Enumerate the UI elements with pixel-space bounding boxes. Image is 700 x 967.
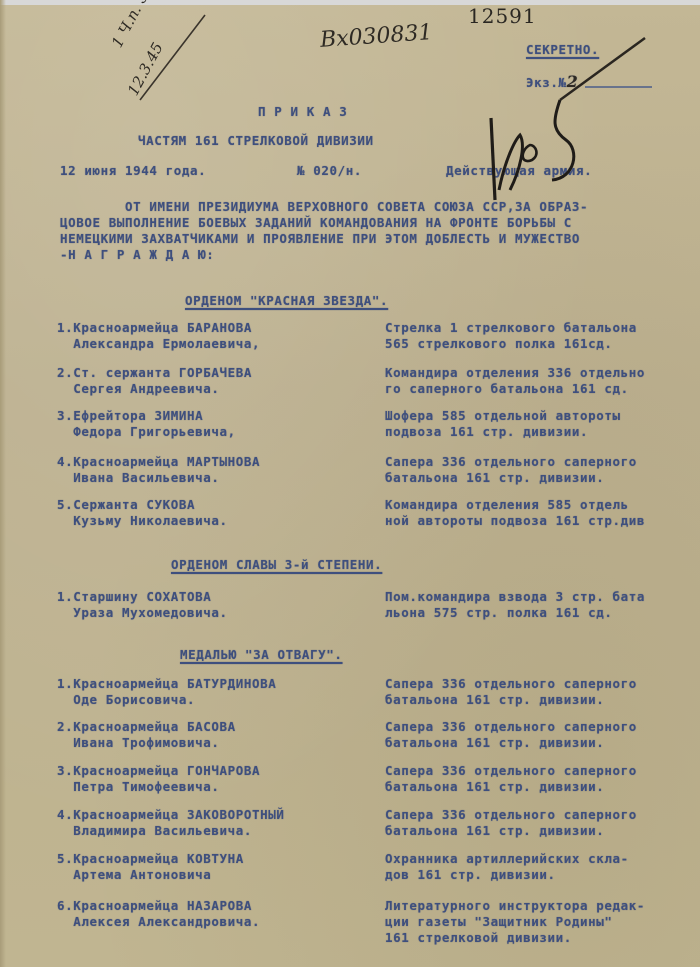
pencil-mark-stroke — [552, 100, 574, 180]
pencil-marks — [0, 0, 700, 967]
pencil-mark-stroke — [491, 118, 495, 200]
pencil-mark-stroke — [523, 145, 537, 161]
pencil-strike-line — [140, 15, 205, 100]
pencil-diagonal-stroke — [560, 38, 645, 100]
pencil-mark-stroke — [499, 135, 522, 190]
